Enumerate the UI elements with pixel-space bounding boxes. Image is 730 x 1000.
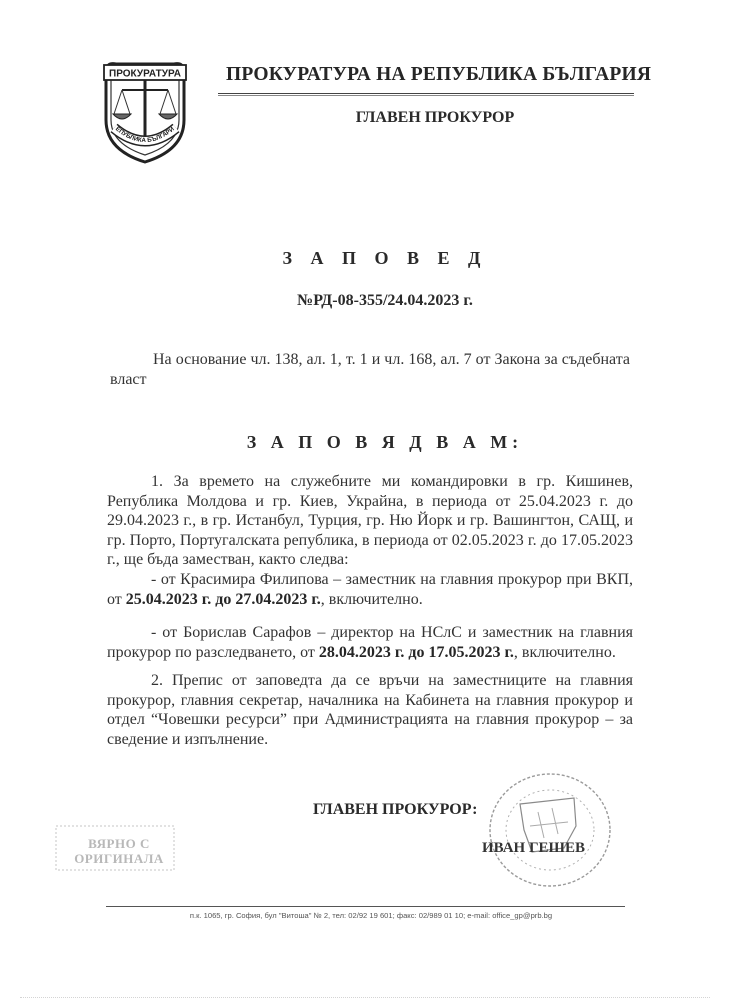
official-seal-icon xyxy=(478,768,618,896)
footer-divider xyxy=(106,906,625,907)
stamp-line-1: ВЯРНО С xyxy=(64,836,174,851)
document-number: №РД-08-355/24.04.2023 г. xyxy=(0,292,730,310)
deputy-item-1: - от Красимира Филипова – заместник на г… xyxy=(107,570,633,609)
scan-artifact-line xyxy=(20,997,710,998)
signatory-title: ГЛАВЕН ПРОКУРОР: xyxy=(313,801,477,819)
svg-text:ПРОКУРАТУРА: ПРОКУРАТУРА xyxy=(109,69,181,80)
document-type: З А П О В Е Д xyxy=(0,248,730,269)
order-heading: З А П О В Я Д В А М: xyxy=(0,432,730,453)
deputy-suffix: , включително. xyxy=(514,644,616,661)
office-title: ГЛАВЕН ПРОКУРОР xyxy=(0,109,730,127)
deputy-period: 28.04.2023 г. до 17.05.2023 г. xyxy=(319,644,514,661)
deputy-period: 25.04.2023 г. до 27.04.2023 г. xyxy=(126,591,321,608)
signatory-name: ИВАН ГЕШЕВ xyxy=(482,840,585,857)
stamp-line-2: ОРИГИНАЛА xyxy=(64,851,174,866)
legal-basis: На основание чл. 138, ал. 1, т. 1 и чл. … xyxy=(110,350,630,389)
organization-title: ПРОКУРАТУРА НА РЕПУБЛИКА БЪЛГАРИЯ xyxy=(226,64,651,86)
certified-copy-stamp-text: ВЯРНО С ОРИГИНАЛА xyxy=(64,836,174,866)
footer-contact: п.к. 1065, гр. София, бул "Витоша" № 2, … xyxy=(0,911,730,920)
document-page: ПРОКУРАТУРА РЕПУБЛИКА БЪЛГАРИЯ ПРОКУРАТУ… xyxy=(0,0,730,1000)
deputy-item-2: - от Борислав Сарафов – директор на НСлС… xyxy=(107,623,633,662)
deputy-suffix: , включително. xyxy=(321,591,423,608)
header-divider xyxy=(218,93,634,96)
order-paragraph-1: 1. За времето на служебните ми командиро… xyxy=(107,472,633,570)
order-paragraph-2: 2. Препис от заповедта да се връчи на за… xyxy=(107,671,633,749)
